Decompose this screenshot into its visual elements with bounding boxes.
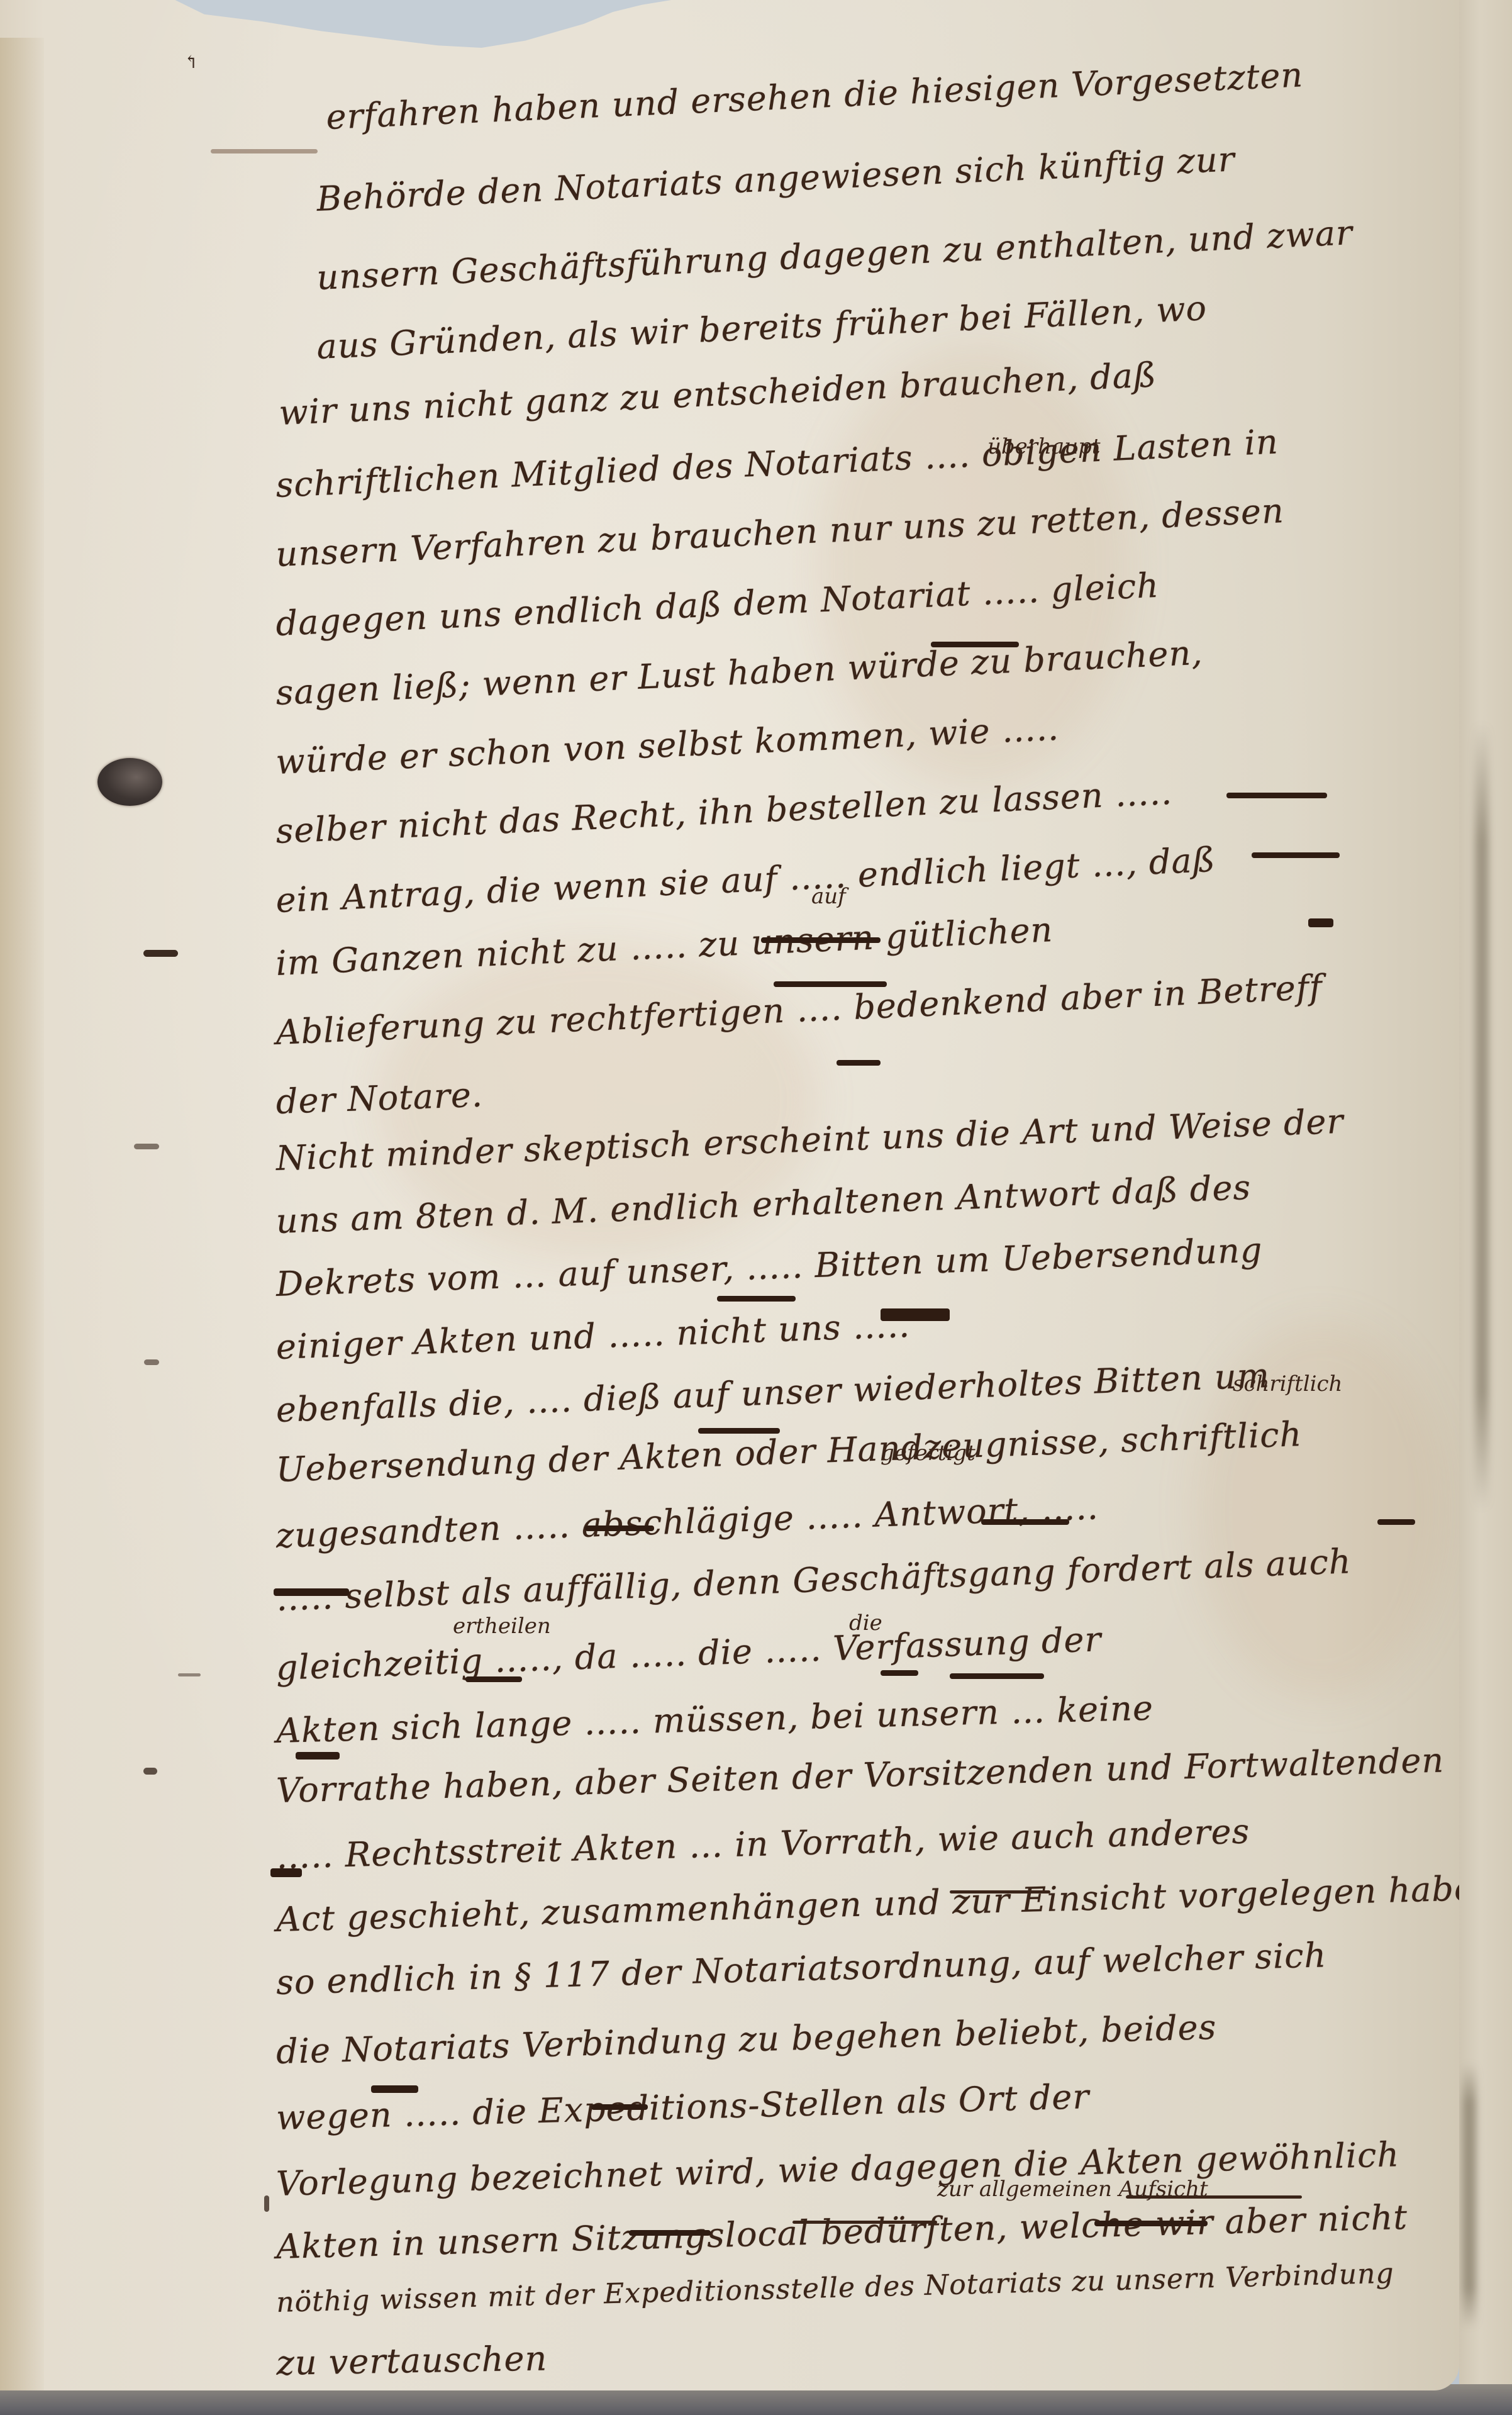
strikethrough [371,2085,418,2093]
interlinear-insert: gefertigt [881,1441,976,1466]
margin-mark [143,950,178,957]
strikethrough [774,981,887,987]
manuscript-line-18: Dekrets vom … auf unser, ….. Bitten um U… [275,1230,1264,1304]
manuscript-line-2: Behörde den Notariats angewiesen sich kü… [316,139,1236,219]
manuscript-line-32: Vorlegung bezeichnet wird, wie dagegen d… [275,2134,1400,2204]
strikethrough [761,937,881,943]
margin-mark [143,1768,157,1775]
gutter-shadow [1475,723,1489,1510]
manuscript-line-12: ein Antrag, die wenn sie auf ….. endlich… [275,840,1216,920]
interlinear-insert: überhaupt [987,434,1101,459]
interlinear-insert: schriftlich [1233,1371,1342,1397]
interlinear-insert: die [849,1610,882,1636]
strikethrough [465,1676,522,1682]
underline-mark [950,1890,1050,1894]
margin-mark [264,2195,269,2212]
strikethrough [1377,1519,1415,1525]
page-left-edge [0,38,44,2390]
strikethrough [698,1428,780,1434]
manuscript-page: ↰ erfahren haben und ersehen die hiesige… [0,0,1459,2390]
underline-mark [1126,2195,1302,2199]
manuscript-line-11: selber nicht das Recht, ihn bestellen zu… [275,772,1173,851]
strikethrough [591,2104,648,2110]
manuscript-line-28: Act geschieht, zusammenhängen und zur Ei… [275,1868,1509,1939]
manuscript-line-27: ….. Rechtsstreit Akten … in Vorrath, wie… [275,1811,1250,1877]
strikethrough [274,1588,349,1596]
interlinear-insert: ertheilen [453,1614,551,1639]
manuscript-line-23: ….. selbst als auffällig, denn Geschäfts… [275,1541,1352,1619]
strikethrough [585,1525,654,1531]
punch-hole [97,758,162,806]
manuscript-line-25: Akten sich lange ….. müssen, bei unsern … [275,1688,1153,1751]
underline-mark [792,2221,937,2224]
strikethrough [881,1308,950,1321]
manuscript-line-20: ebenfalls die, …. dieß auf unser wiederh… [275,1356,1270,1430]
strikethrough [1226,793,1327,798]
strikethrough [717,1296,796,1302]
strikethrough [629,2230,711,2236]
manuscript-line-4: aus Gründen, als wir bereits früher bei … [316,288,1208,367]
margin-mark [178,1673,201,1676]
strikethrough [270,1868,302,1877]
margin-mark [134,1144,159,1149]
manuscript-line-19: einiger Akten und ….. nicht uns ….. [275,1305,911,1367]
strikethrough [837,1060,881,1066]
strikethrough [1308,918,1333,927]
strikethrough [296,1752,340,1760]
manuscript-line-7: unsern Verfahren zu brauchen nur uns zu … [275,491,1285,574]
strikethrough [1252,852,1340,858]
manuscript-line-33: Akten in unsern Sitzungslocal bedürften,… [275,2197,1408,2267]
strikethrough [881,1670,918,1676]
manuscript-line-29: so endlich in § 117 der Notariatsordnung… [275,1935,1327,2002]
strikethrough [211,149,318,153]
interlinear-insert: auf [811,884,846,909]
manuscript-line-1: erfahren haben und ersehen die hiesigen … [325,55,1304,137]
strikethrough [1094,2221,1208,2226]
manuscript-line-35: zu vertauschen [276,2338,548,2383]
gutter-shadow-lower [1462,2063,1476,2328]
manuscript-line-30: die Notariats Verbindung zu begehen beli… [275,2007,1217,2072]
manuscript-line-6: schriftlichen Mitglied des Notariats …. … [275,421,1279,505]
manuscript-line-26: Vorrathe haben, aber Seiten der Vorsitze… [275,1740,1445,1810]
manuscript-line-22: zugesandten ….. abschlägige ….. Antwort,… [275,1487,1099,1556]
corner-mark: ↰ [184,52,198,72]
manuscript-line-3: unsern Geschäftsführung dagegen zu entha… [316,213,1354,298]
manuscript-line-21: Uebersendung der Akten oder Handzeugniss… [275,1414,1303,1490]
manuscript-line-15: der Notare. [275,1075,484,1122]
strikethrough [931,642,1019,647]
manuscript-line-34: nöthig wissen mit der Expeditionsstelle … [276,2257,1395,2319]
margin-mark [144,1359,159,1365]
strikethrough [950,1673,1044,1679]
strikethrough [981,1519,1069,1525]
